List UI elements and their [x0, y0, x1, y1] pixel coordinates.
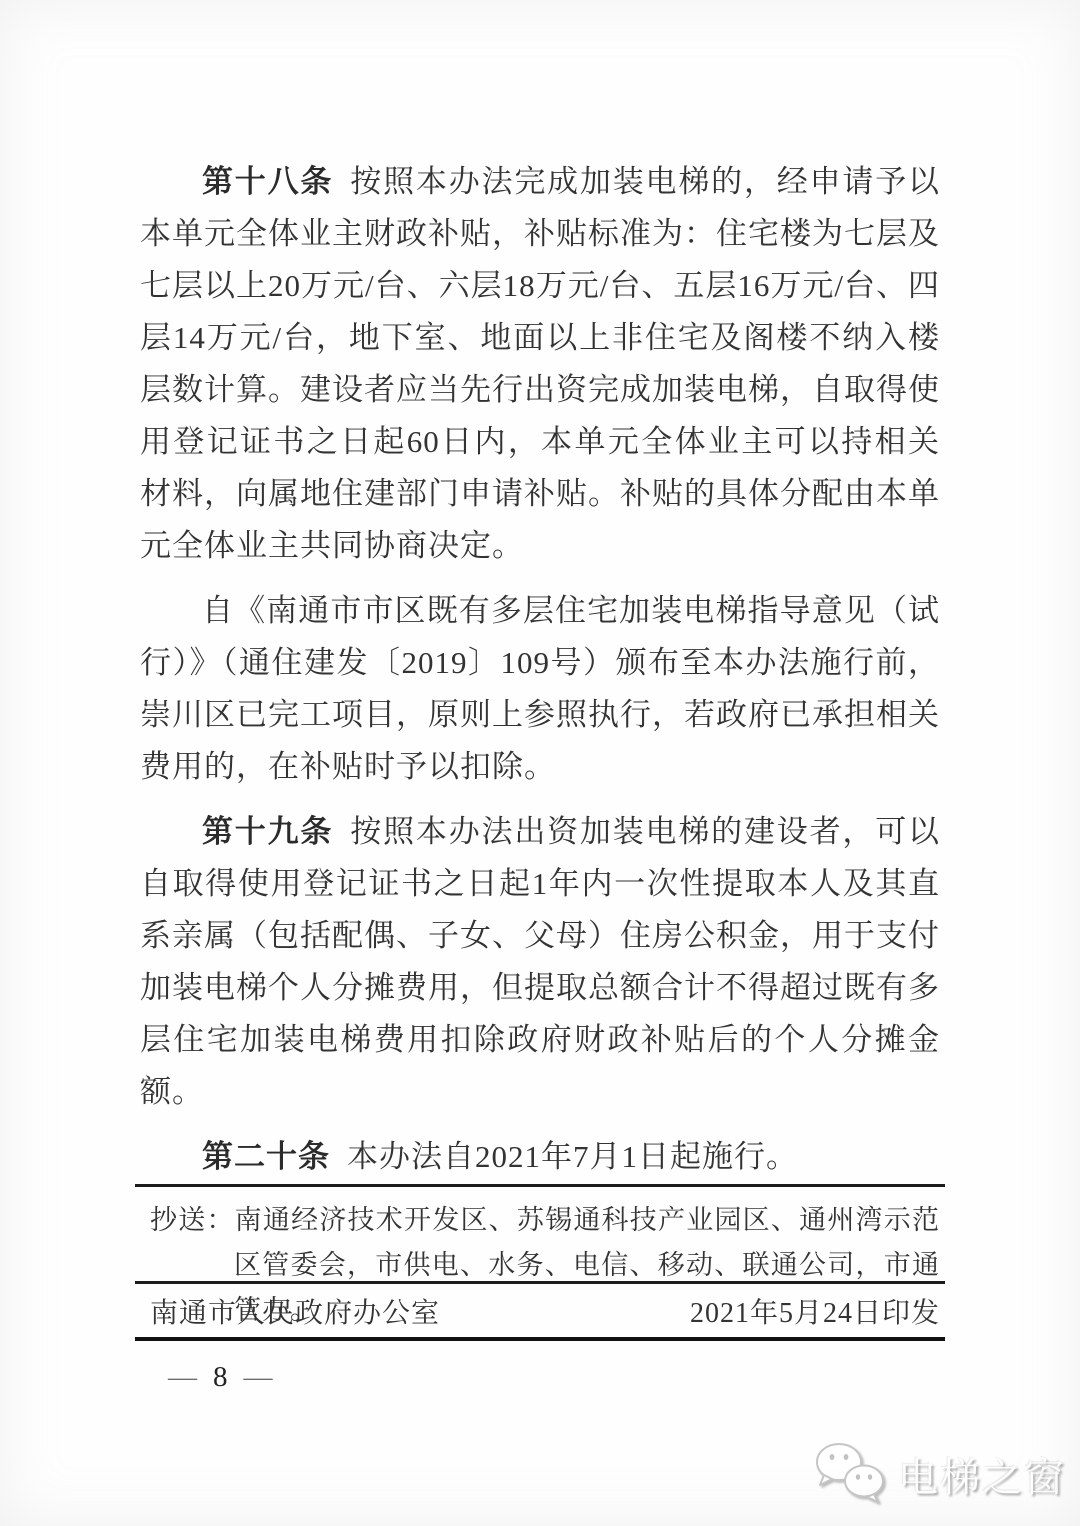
article-number: 第二十条: [202, 1139, 330, 1174]
article-number: 第十八条: [202, 164, 333, 199]
paragraph-text: 自《南通市市区既有多层住宅加装电梯指导意见（试行）》（通住建发〔2019〕109…: [140, 593, 940, 784]
watermark: 电梯之窗: [812, 1439, 1066, 1510]
body-paragraph-transition: 自《南通市市区既有多层住宅加装电梯指导意见（试行）》（通住建发〔2019〕109…: [140, 585, 940, 793]
divider-line-top: [135, 1184, 945, 1187]
watermark-text: 电梯之窗: [898, 1446, 1066, 1503]
divider-line-middle: [135, 1281, 945, 1284]
page-number-value: 8: [213, 1357, 228, 1397]
issuer-name: 南通市人民政府办公室: [150, 1292, 440, 1336]
body-paragraph-article-19: 第十九条按照本办法出资加装电梯的建设者，可以自取得使用登记证书之日起1年内一次性…: [140, 806, 940, 1118]
body-paragraph-article-18: 第十八条按照本办法完成加装电梯的，经申请予以本单元全体业主财政补贴，补贴标准为：…: [140, 156, 940, 572]
document-body: 第十八条按照本办法完成加装电梯的，经申请予以本单元全体业主财政补贴，补贴标准为：…: [140, 156, 940, 1183]
page-number-dash-right: —: [244, 1357, 273, 1397]
cc-label: 抄送：: [150, 1205, 235, 1235]
paragraph-text: 本办法自2021年7月1日起施行。: [347, 1139, 798, 1174]
article-number: 第十九条: [202, 814, 333, 849]
paragraph-text: 按照本办法出资加装电梯的建设者，可以自取得使用登记证书之日起1年内一次性提取本人…: [140, 814, 940, 1109]
body-paragraph-article-20: 第二十条本办法自2021年7月1日起施行。: [140, 1131, 940, 1183]
divider-line-bottom: [135, 1337, 945, 1341]
publisher-row: 南通市人民政府办公室 2021年5月24日印发: [150, 1292, 940, 1336]
paragraph-text: 按照本办法完成加装电梯的，经申请予以本单元全体业主财政补贴，补贴标准为：住宅楼为…: [140, 164, 940, 563]
wechat-chat-bubbles-icon: [812, 1439, 890, 1510]
page-number: — 8 —: [168, 1357, 273, 1397]
print-date: 2021年5月24日印发: [690, 1292, 940, 1336]
document-page: 第十八条按照本办法完成加装电梯的，经申请予以本单元全体业主财政补贴，补贴标准为：…: [0, 0, 1080, 1526]
page-number-dash-left: —: [168, 1357, 197, 1397]
